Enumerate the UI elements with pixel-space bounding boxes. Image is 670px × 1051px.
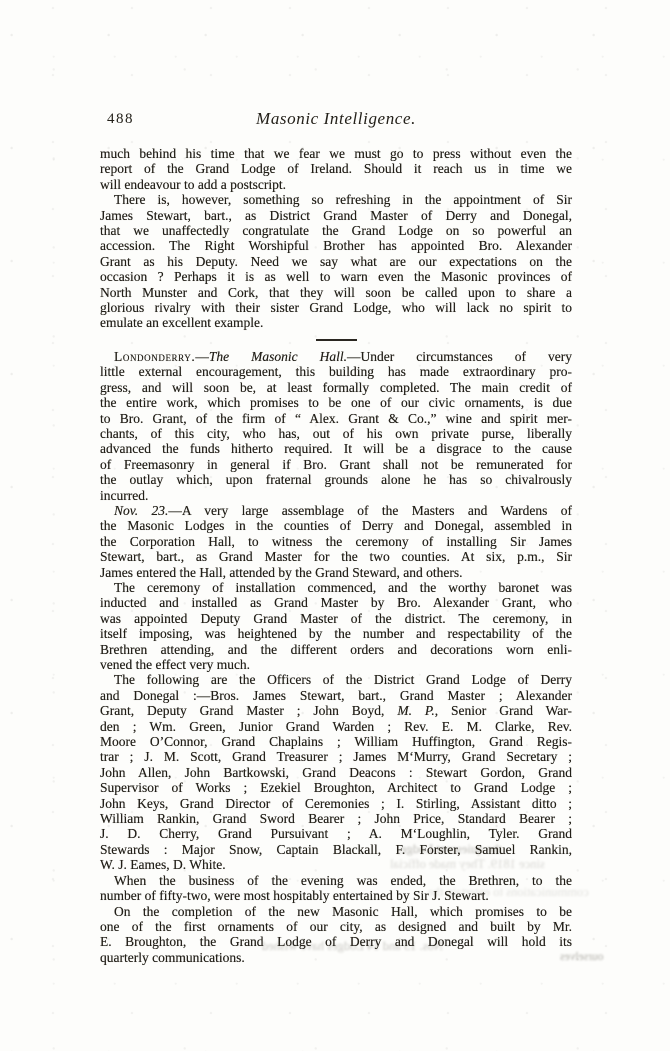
text-line: Grant, Deputy Grand Master ; John Boyd, …	[100, 703, 572, 718]
text-line: James Stewart, bart., as District Grand …	[100, 208, 572, 223]
text-line: inducted and installed as Grand Master b…	[100, 595, 572, 610]
text-line: occasion ? Perhaps it is as well to warn…	[100, 269, 572, 284]
text-line: Supervisor of Works ; Ezekiel Broughton,…	[100, 780, 572, 795]
text-line: There is, however, something so refreshi…	[100, 192, 572, 207]
text-line: W. J. Eames, D. White.	[100, 857, 572, 872]
text-line: John Keys, Grand Director of Ceremonies …	[100, 796, 572, 811]
text-segment-italic: The Masonic Hall.	[209, 349, 347, 364]
text-line: quarterly communications.	[100, 950, 572, 965]
text-line: North Munster and Cork, that they will s…	[100, 285, 572, 300]
text-line: the outlay which, upon fraternal grounds…	[100, 472, 572, 487]
text-line: itself imposing, was heightened by the n…	[100, 626, 572, 641]
text-line: number of fifty-two, were most hospitabl…	[100, 888, 572, 903]
text-line: and Donegal :—Bros. James Stewart, bart.…	[100, 688, 572, 703]
text-line: John Allen, John Bartkowski, Grand Deaco…	[100, 765, 572, 780]
text-segment-smallcaps: Londonderry.	[114, 349, 195, 364]
scanned-page: { "header": { "page_number": "488", "run…	[0, 0, 670, 1051]
text-body: much behind his time that we fear we mus…	[100, 146, 572, 965]
text-line: the Masonic Lodges in the counties of De…	[100, 518, 572, 533]
text-segment-italic: Nov. 23.	[114, 503, 168, 518]
page-header: 488 Masonic Intelligence.	[100, 109, 572, 131]
text-line: When the business of the evening was end…	[100, 873, 572, 888]
text-segment-plain: —A very large assemblage of the Masters …	[168, 503, 572, 518]
text-line: much behind his time that we fear we mus…	[100, 146, 572, 161]
text-line: William Rankin, Grand Sword Bearer ; Joh…	[100, 811, 572, 826]
section-divider	[316, 339, 357, 341]
text-line: the Corporation Hall, to witness the cer…	[100, 534, 572, 549]
text-line: Londonderry.—The Masonic Hall.—Under cir…	[100, 349, 572, 364]
text-line: Brethren attending, and the different or…	[100, 642, 572, 657]
text-line: will endeavour to add a postscript.	[100, 177, 572, 192]
text-line: On the completion of the new Masonic Hal…	[100, 904, 572, 919]
text-line: was appointed Deputy Grand Master of the…	[100, 611, 572, 626]
text-line: the entire work, which promises to be on…	[100, 395, 572, 410]
text-line: chants, of this city, who has, out of hi…	[100, 426, 572, 441]
text-line: gress, and will soon be, at least formal…	[100, 380, 572, 395]
text-line: to Bro. Grant, of the firm of “ Alex. Gr…	[100, 411, 572, 426]
text-segment-italic: M. P.	[397, 703, 434, 718]
text-line: vened the effect very much.	[100, 657, 572, 672]
text-line: E. Broughton, the Grand Lodge of Derry a…	[100, 934, 572, 949]
text-line: den ; Wm. Green, Junior Grand Warden ; R…	[100, 719, 572, 734]
text-line: Grant as his Deputy. Need we say what ar…	[100, 254, 572, 269]
text-segment-plain: —	[195, 349, 209, 364]
text-line: glorious rivalry with their sister Grand…	[100, 300, 572, 315]
text-segment-plain: Grant, Deputy Grand Master ; John Boyd,	[100, 703, 397, 718]
text-line: emulate an excellent example.	[100, 315, 572, 330]
text-line: The ceremony of installation commenced, …	[100, 580, 572, 595]
text-line: of Freemasonry in general if Bro. Grant …	[100, 457, 572, 472]
text-line: advanced the funds hitherto required. It…	[100, 441, 572, 456]
page-number: 488	[107, 111, 134, 128]
text-line: Stewards : Major Snow, Captain Blackall,…	[100, 842, 572, 857]
running-title: Masonic Intelligence.	[256, 109, 416, 129]
text-line: report of the Grand Lodge of Ireland. Sh…	[100, 161, 572, 176]
text-line: Stewart, bart., as Grand Master for the …	[100, 549, 572, 564]
text-line: The following are the Officers of the Di…	[100, 672, 572, 687]
text-line: accession. The Right Worshipful Brother …	[100, 238, 572, 253]
text-segment-plain: —Under circumstances of very	[347, 349, 572, 364]
text-line: that we unaffectedly congratulate the Gr…	[100, 223, 572, 238]
text-segment-plain: , Senior Grand War-	[435, 703, 572, 718]
text-line: James entered the Hall, attended by the …	[100, 565, 572, 580]
text-line: one of the first ornaments of our city, …	[100, 919, 572, 934]
text-line: incurred.	[100, 488, 572, 503]
text-line: trar ; J. M. Scott, Grand Treasurer ; Ja…	[100, 749, 572, 764]
text-line: Moore O’Connor, Grand Chaplains ; Willia…	[100, 734, 572, 749]
text-line: little external encouragement, this buil…	[100, 364, 572, 379]
text-line: Nov. 23.—A very large assemblage of the …	[100, 503, 572, 518]
text-line: J. D. Cherry, Grand Pursuivant ; A. M‘Lo…	[100, 826, 572, 841]
